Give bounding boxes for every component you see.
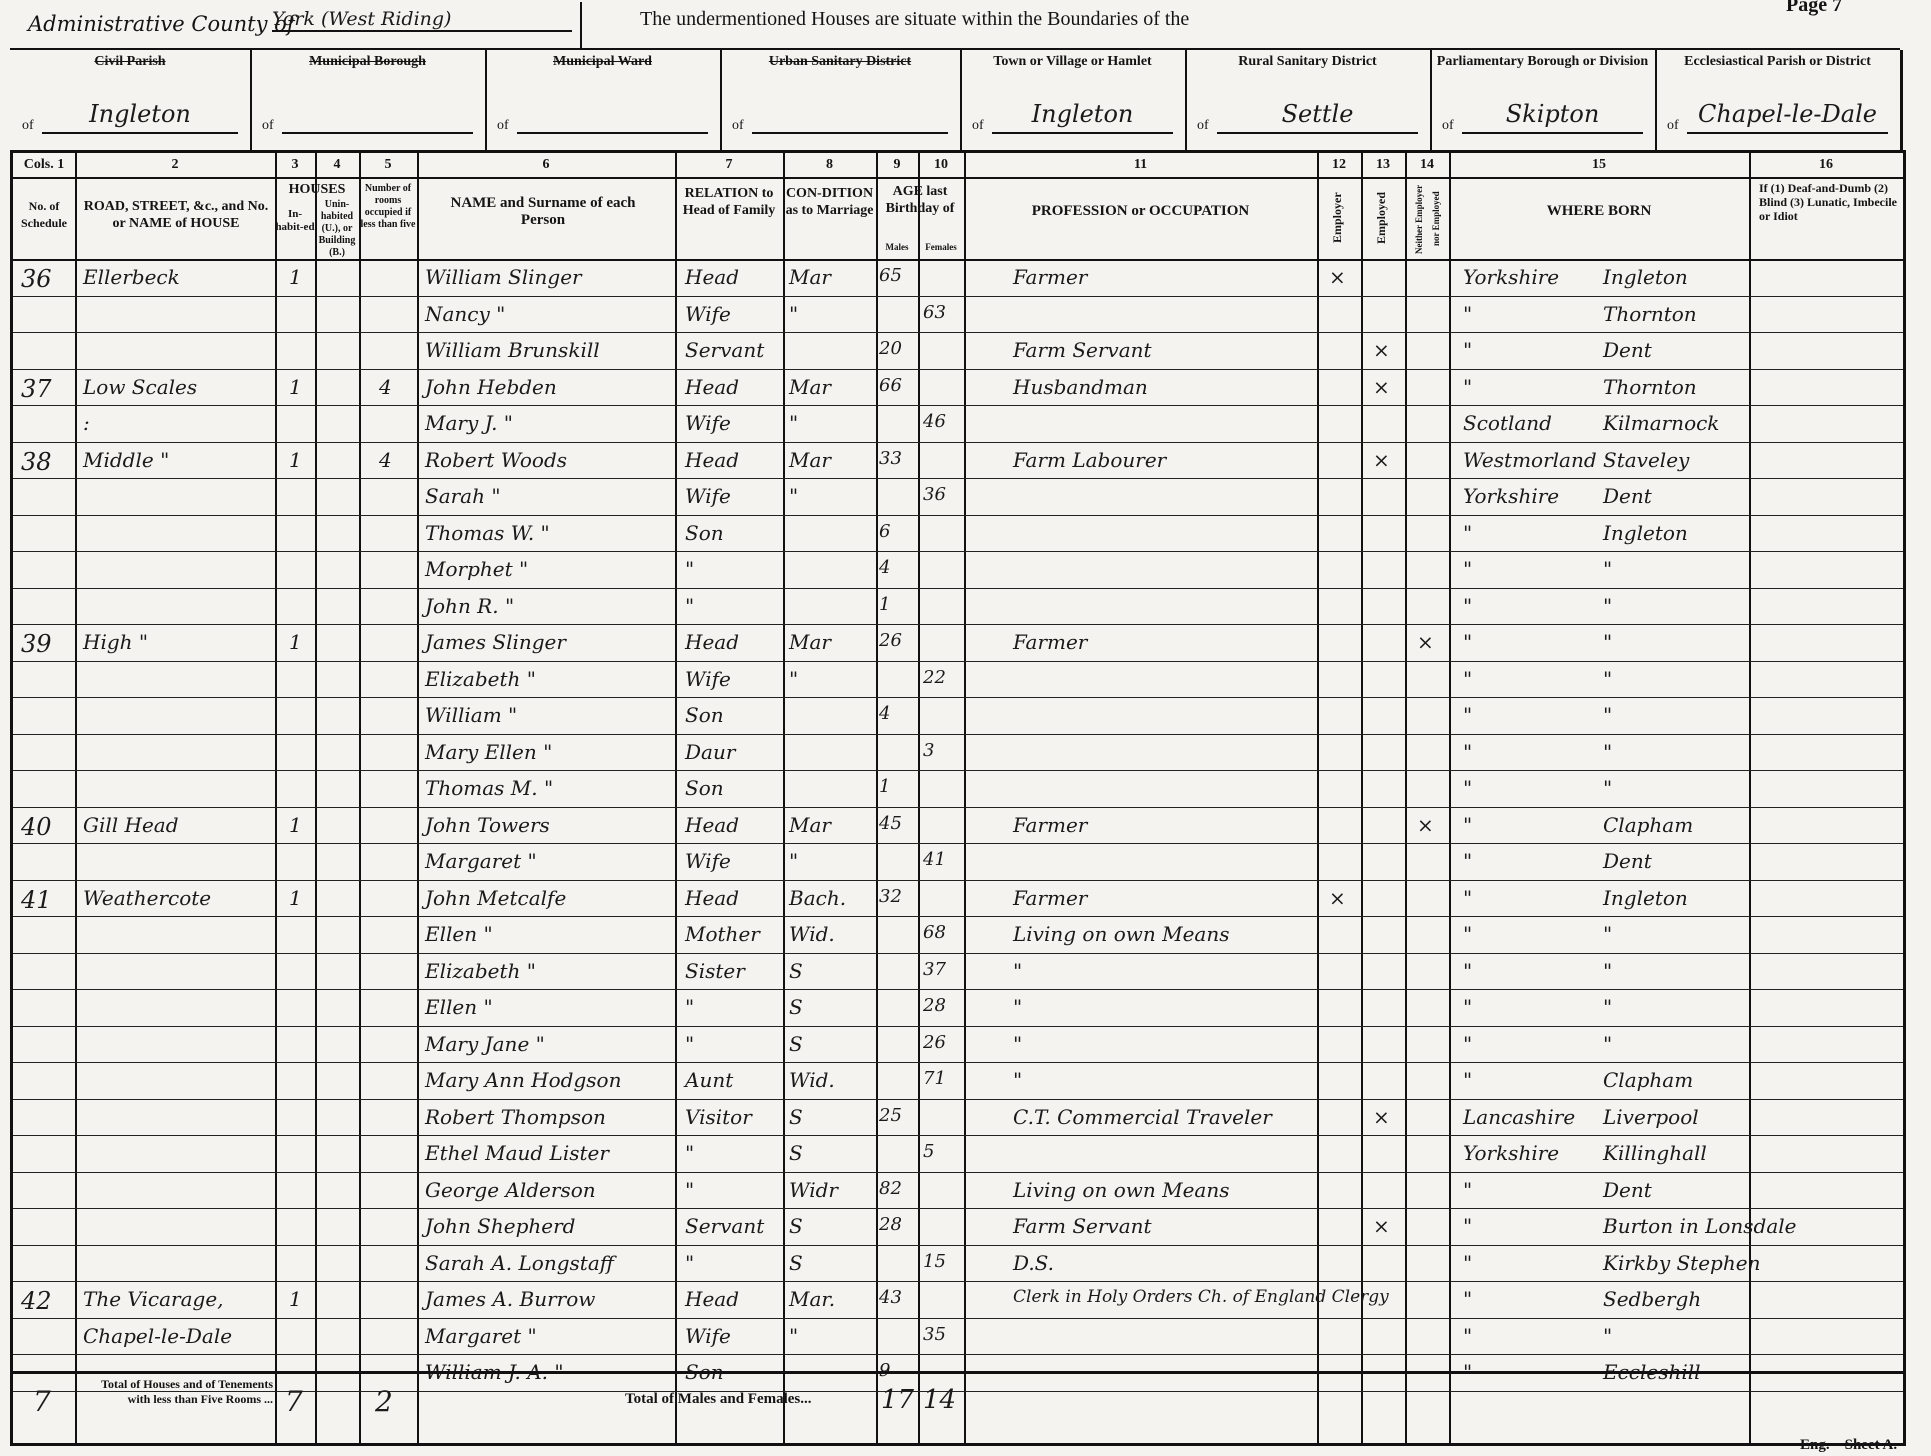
born-place: " [1603, 776, 1612, 800]
relation: " [685, 557, 694, 581]
relation: Servant [685, 1214, 764, 1238]
marital-condition: S [789, 1105, 803, 1129]
born-county: " [1463, 922, 1472, 946]
row-divider [13, 953, 1903, 954]
col-schedule [13, 153, 77, 1443]
marital-condition: Wid. [789, 922, 835, 946]
person-name: James A. Burrow [425, 1287, 595, 1311]
female-age: 71 [923, 1068, 946, 1089]
born-place: Killinghall [1603, 1141, 1707, 1165]
born-county: " [1463, 703, 1472, 727]
schedule-number: 42 [21, 1287, 52, 1315]
employed-mark: × [1373, 1105, 1390, 1129]
born-place: " [1603, 667, 1612, 691]
boundary-ecclesiastical-parish: Ecclesiastical Parish or District of Cha… [1655, 50, 1903, 150]
female-age: 28 [923, 995, 946, 1016]
boundaries-strip: Civil Parish of Ingleton Municipal Borou… [10, 48, 1900, 150]
female-age: 46 [923, 411, 946, 432]
boundary-label: Urban Sanitary District [720, 54, 960, 70]
header-males: Males [876, 239, 918, 256]
header-relation: RELATION to Head of Family [675, 185, 783, 219]
header-name: NAME and Surname of each Person [443, 195, 643, 229]
female-age: 37 [923, 959, 946, 980]
marital-condition: Wid. [789, 1068, 835, 1092]
colnum-8: 8 [783, 157, 876, 173]
colnum-9: 9 [876, 157, 918, 173]
house-name: Chapel-le-Dale [83, 1324, 232, 1348]
relation: Head [685, 375, 739, 399]
of-label: of [732, 118, 744, 134]
row-divider [13, 916, 1903, 917]
row-divider [13, 588, 1903, 589]
relation: " [685, 995, 694, 1019]
person-name: Sarah A. Longstaff [425, 1251, 614, 1275]
house-name: High " [83, 630, 148, 654]
boundaries-heading: The undermentioned Houses are situate wi… [640, 8, 1189, 31]
employer-mark: × [1329, 265, 1346, 289]
total-schedules: 7 [33, 1385, 51, 1418]
born-place: Clapham [1603, 813, 1693, 837]
col-female-age [918, 153, 966, 1443]
occupation: Farmer [1013, 886, 1087, 910]
occupation: Clerk in Holy Orders Ch. of England Cler… [1013, 1287, 1389, 1307]
totals-divider [13, 1371, 1903, 1374]
born-county: Yorkshire [1463, 484, 1559, 508]
marital-condition: S [789, 1251, 803, 1275]
occupation: Farmer [1013, 813, 1087, 837]
marital-condition: Mar [789, 630, 831, 654]
boundary-label: Rural Sanitary District [1185, 54, 1430, 70]
occupation: D.S. [1013, 1251, 1054, 1275]
header-schedule: No. of Schedule [13, 198, 75, 232]
female-age: 35 [923, 1324, 946, 1345]
born-county: " [1463, 521, 1472, 545]
female-age: 15 [923, 1251, 946, 1272]
person-name: Sarah " [425, 484, 501, 508]
occupation: Farmer [1013, 265, 1087, 289]
house-name: Middle " [83, 448, 169, 472]
boundary-town-village-hamlet: Town or Village or Hamlet of Ingleton [960, 50, 1187, 150]
person-name: Ellen " [425, 995, 493, 1019]
female-age: 68 [923, 922, 946, 943]
col-uninhabited [315, 153, 361, 1443]
header-houses: HOUSES [275, 181, 359, 198]
boundary-value: Chapel-le-Dale [1687, 100, 1888, 134]
header-occupation: PROFESSION or OCCUPATION [964, 203, 1317, 220]
relation: " [685, 1032, 694, 1056]
relation: Head [685, 630, 739, 654]
person-name: Morphet " [425, 557, 528, 581]
relation: " [685, 594, 694, 618]
inhabited-mark: 1 [289, 265, 302, 289]
row-divider [13, 807, 1903, 808]
colnum-3: 3 [275, 157, 315, 173]
of-label: of [1442, 118, 1454, 134]
born-county: " [1463, 667, 1472, 691]
marital-condition: " [789, 849, 798, 873]
occupation: " [1013, 995, 1022, 1019]
marital-condition: " [789, 667, 798, 691]
person-name: George Alderson [425, 1178, 596, 1202]
female-age: 5 [923, 1141, 934, 1162]
born-county: Scotland [1463, 411, 1552, 435]
relation: " [685, 1141, 694, 1165]
person-name: John Shepherd [425, 1214, 575, 1238]
person-name: Elizabeth " [425, 667, 536, 691]
colnum-16: 16 [1749, 157, 1903, 173]
person-name: John Hebden [425, 375, 557, 399]
boundary-label: Ecclesiastical Parish or District [1655, 54, 1900, 70]
marital-condition: Mar [789, 813, 831, 837]
col-where-born [1449, 153, 1751, 1443]
row-divider [13, 1318, 1903, 1319]
employed-mark: × [1373, 338, 1390, 362]
marital-condition: Bach. [789, 886, 846, 910]
male-age: 65 [879, 265, 902, 286]
marital-condition: Widr [789, 1178, 838, 1202]
census-table: Cols. 1 2 3 4 5 6 7 8 9 10 11 12 13 14 1… [10, 150, 1906, 1446]
person-name: John Towers [425, 813, 550, 837]
header-females: Females [918, 239, 964, 256]
marital-condition: S [789, 959, 803, 983]
person-name: Nancy " [425, 302, 505, 326]
born-place: Thornton [1603, 302, 1697, 326]
row-divider [13, 369, 1903, 370]
neither-mark: × [1417, 813, 1434, 837]
colnum-15: 15 [1449, 157, 1749, 173]
boundary-municipal-ward: Municipal Ward of [485, 50, 722, 150]
row-divider [13, 296, 1903, 297]
relation: Head [685, 448, 739, 472]
born-place: " [1603, 557, 1612, 581]
occupation: C.T. Commercial Traveler [1013, 1105, 1272, 1129]
male-age: 28 [879, 1214, 902, 1235]
col-neither [1405, 153, 1451, 1443]
male-age: 82 [879, 1178, 902, 1199]
person-name: Thomas W. " [425, 521, 550, 545]
born-place: Dent [1603, 849, 1652, 873]
born-place: " [1603, 703, 1612, 727]
sheet-code: Eng.—Sheet A. [1800, 1437, 1897, 1454]
born-place: " [1603, 922, 1612, 946]
row-divider [13, 661, 1903, 662]
female-age: 63 [923, 302, 946, 323]
colnum-4: 4 [315, 157, 359, 173]
person-name: Ethel Maud Lister [425, 1141, 609, 1165]
born-place: Burton in Lonsdale [1603, 1214, 1797, 1238]
rooms-count: 4 [379, 375, 392, 399]
col-inhabited [275, 153, 317, 1443]
male-age: 45 [879, 813, 902, 834]
born-county: " [1463, 849, 1472, 873]
boundary-value [517, 100, 708, 134]
born-place: " [1603, 1032, 1612, 1056]
schedule-number: 38 [21, 448, 52, 476]
row-divider [13, 734, 1903, 735]
header-condition: CON-DITION as to Marriage [783, 185, 876, 219]
house-name: Weathercote [83, 886, 211, 910]
male-age: 26 [879, 630, 902, 651]
relation: Wife [685, 849, 731, 873]
relation: Head [685, 813, 739, 837]
born-county: " [1463, 995, 1472, 1019]
col-rooms [359, 153, 419, 1443]
male-age: 4 [879, 557, 890, 578]
marital-condition: " [789, 1324, 798, 1348]
relation: Head [685, 1287, 739, 1311]
male-age: 43 [879, 1287, 902, 1308]
born-place: Sedbergh [1603, 1287, 1701, 1311]
of-label: of [497, 118, 509, 134]
header-house: ROAD, STREET, &c., and No. or NAME of HO… [83, 198, 269, 232]
marital-condition: S [789, 995, 803, 1019]
male-age: 20 [879, 338, 902, 359]
schedule-number: 37 [21, 375, 52, 403]
marital-condition: Mar [789, 448, 831, 472]
marital-condition: " [789, 411, 798, 435]
inhabited-mark: 1 [289, 886, 302, 910]
header-employer: Employer [1329, 183, 1346, 253]
marital-condition: S [789, 1141, 803, 1165]
administrative-county-value: York (West Riding) [272, 8, 572, 32]
born-county: " [1463, 375, 1472, 399]
born-place: " [1603, 594, 1612, 618]
row-divider [13, 1062, 1903, 1063]
born-place: Liverpool [1603, 1105, 1699, 1129]
born-county: " [1463, 630, 1472, 654]
relation: Daur [685, 740, 735, 764]
row-divider [13, 1026, 1903, 1027]
colnum-2: 2 [75, 157, 275, 173]
person-name: John Metcalfe [425, 886, 566, 910]
born-place: " [1603, 740, 1612, 764]
boundary-label: Municipal Ward [485, 54, 720, 70]
boundary-civil-parish: Civil Parish of Ingleton [10, 50, 252, 150]
row-divider [13, 1172, 1903, 1173]
born-place: " [1603, 1324, 1612, 1348]
born-place: Ingleton [1603, 265, 1688, 289]
house-name: The Vicarage, [83, 1287, 224, 1311]
relation: Son [685, 521, 724, 545]
female-age: 3 [923, 740, 934, 761]
born-county: " [1463, 959, 1472, 983]
header-neither: Neither Employer nor Employed [1411, 181, 1445, 257]
born-place: Dent [1603, 338, 1652, 362]
colnum-5: 5 [359, 157, 417, 173]
row-divider [13, 770, 1903, 771]
male-age: 66 [879, 375, 902, 396]
header-divider [13, 177, 1903, 179]
house-name: Gill Head [83, 813, 179, 837]
marital-condition: Mar [789, 375, 831, 399]
boundary-label: Parliamentary Borough or Division [1430, 54, 1655, 70]
born-place: Kilmarnock [1603, 411, 1719, 435]
born-county: " [1463, 1324, 1472, 1348]
col-house [75, 153, 277, 1443]
female-age: 22 [923, 667, 946, 688]
born-county: Yorkshire [1463, 265, 1559, 289]
male-age: 25 [879, 1105, 902, 1126]
of-label: of [22, 118, 34, 134]
male-age: 1 [879, 776, 890, 797]
employed-mark: × [1373, 1214, 1390, 1238]
colnum-12: 12 [1317, 157, 1361, 173]
header-rooms: Number of rooms occupied if less than fi… [359, 183, 417, 231]
person-name: William " [425, 703, 517, 727]
born-place: " [1603, 959, 1612, 983]
total-females: 14 [923, 1385, 956, 1415]
born-place: Ingleton [1603, 886, 1688, 910]
born-county: " [1463, 557, 1472, 581]
col-condition [783, 153, 878, 1443]
row-divider [13, 1281, 1903, 1282]
person-name: Ellen " [425, 922, 493, 946]
marital-condition: S [789, 1214, 803, 1238]
marital-condition: Mar [789, 265, 831, 289]
row-divider [13, 515, 1903, 516]
born-county: " [1463, 1068, 1472, 1092]
person-name: Mary Ellen " [425, 740, 552, 764]
administrative-county-box: Administrative County of York (West Ridi… [10, 2, 582, 50]
colnum-6: 6 [417, 157, 675, 173]
boundary-value: Settle [1217, 100, 1418, 134]
row-divider [13, 442, 1903, 443]
inhabited-mark: 1 [289, 1287, 302, 1311]
relation: Wife [685, 411, 731, 435]
row-divider [13, 624, 1903, 625]
occupation: Farmer [1013, 630, 1087, 654]
relation: Servant [685, 338, 764, 362]
boundary-rural-sanitary-district: Rural Sanitary District of Settle [1185, 50, 1432, 150]
person-name: Robert Woods [425, 448, 567, 472]
relation: " [685, 1251, 694, 1275]
person-name: James Slinger [425, 630, 566, 654]
person-name: William Slinger [425, 265, 582, 289]
schedule-number: 40 [21, 813, 52, 841]
schedule-number: 41 [21, 886, 52, 914]
of-label: of [972, 118, 984, 134]
male-age: 4 [879, 703, 890, 724]
male-age: 6 [879, 521, 890, 542]
schedule-number: 36 [21, 265, 52, 293]
occupation: " [1013, 1068, 1022, 1092]
relation: Head [685, 886, 739, 910]
of-label: of [1197, 118, 1209, 134]
relation: Wife [685, 302, 731, 326]
born-county: " [1463, 776, 1472, 800]
person-name: Margaret " [425, 1324, 537, 1348]
of-label: of [1667, 118, 1679, 134]
marital-condition: S [789, 1032, 803, 1056]
boundary-label: Municipal Borough [250, 54, 485, 70]
colnum-11: 11 [964, 157, 1317, 173]
row-divider [13, 1208, 1903, 1209]
female-age: 26 [923, 1032, 946, 1053]
relation: Wife [685, 1324, 731, 1348]
inhabited-mark: 1 [289, 813, 302, 837]
colnum-14: 14 [1405, 157, 1449, 173]
occupation: Farm Labourer [1013, 448, 1166, 472]
occupation: Husbandman [1013, 375, 1148, 399]
relation: Sister [685, 959, 745, 983]
row-divider [13, 1354, 1903, 1355]
row-divider [13, 405, 1903, 406]
occupation: Farm Servant [1013, 338, 1152, 362]
marital-condition: " [789, 484, 798, 508]
row-divider [13, 989, 1903, 990]
row-divider [13, 697, 1903, 698]
house-name: : [83, 411, 90, 435]
person-name: Robert Thompson [425, 1105, 606, 1129]
relation: " [685, 1178, 694, 1202]
born-county: Lancashire [1463, 1105, 1575, 1129]
boundary-parliamentary-borough: Parliamentary Borough or Division of Ski… [1430, 50, 1657, 150]
occupation: Living on own Means [1013, 922, 1229, 946]
relation: Aunt [685, 1068, 733, 1092]
row-divider [13, 843, 1903, 844]
employer-mark: × [1329, 886, 1346, 910]
marital-condition: Mar. [789, 1287, 835, 1311]
boundary-value [282, 100, 473, 134]
boundary-value: Ingleton [992, 100, 1173, 134]
relation: Head [685, 265, 739, 289]
relation: Wife [685, 484, 731, 508]
born-county: " [1463, 886, 1472, 910]
born-place: Dent [1603, 1178, 1652, 1202]
row-divider [13, 880, 1903, 881]
born-place: " [1603, 630, 1612, 654]
total-houses-label: Total of Houses and of Tenements with le… [83, 1377, 273, 1407]
male-age: 1 [879, 594, 890, 615]
employed-mark: × [1373, 375, 1390, 399]
male-age: 33 [879, 448, 902, 469]
marital-condition: " [789, 302, 798, 326]
total-tenements: 2 [375, 1385, 393, 1418]
row-divider [13, 1245, 1903, 1246]
born-county: " [1463, 1178, 1472, 1202]
born-place: Kirkby Stephen [1603, 1251, 1760, 1275]
total-houses-inhabited: 7 [285, 1385, 303, 1418]
occupation: Farm Servant [1013, 1214, 1152, 1238]
header-infirmity: If (1) Deaf-and-Dumb (2) Blind (3) Lunat… [1759, 181, 1897, 223]
boundary-urban-sanitary-district: Urban Sanitary District of [720, 50, 962, 150]
total-males: 17 [881, 1385, 914, 1415]
born-county: " [1463, 1251, 1472, 1275]
row-divider [13, 1135, 1903, 1136]
female-age: 36 [923, 484, 946, 505]
header-uninhabited: Unin-habited (U.), or Building (B.) [315, 199, 359, 259]
person-name: Mary Jane " [425, 1032, 545, 1056]
born-place: " [1603, 995, 1612, 1019]
colnum-7: 7 [675, 157, 783, 173]
born-county: " [1463, 1287, 1472, 1311]
born-county: Westmorland [1463, 448, 1597, 472]
born-place: Dent [1603, 484, 1652, 508]
male-age: 32 [879, 886, 902, 907]
occupation: " [1013, 1032, 1022, 1056]
person-name: John R. " [425, 594, 514, 618]
rooms-count: 4 [379, 448, 392, 472]
row-divider [13, 332, 1903, 333]
person-name: Thomas M. " [425, 776, 553, 800]
colnum-1: Cols. 1 [13, 157, 75, 173]
relation: Visitor [685, 1105, 752, 1129]
relation: Son [685, 776, 724, 800]
born-county: " [1463, 594, 1472, 618]
boundary-label: Town or Village or Hamlet [960, 54, 1185, 70]
header-bottom-divider [13, 259, 1903, 261]
col-employer [1317, 153, 1363, 1443]
